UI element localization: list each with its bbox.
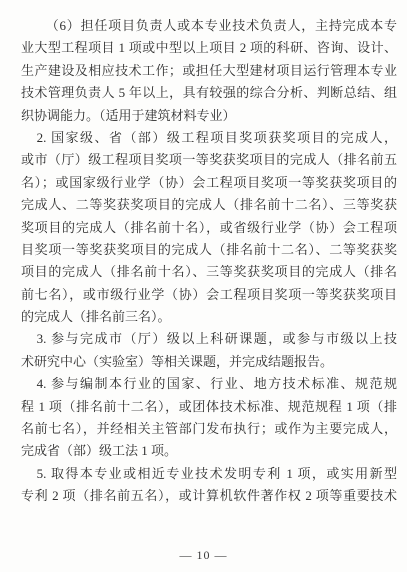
text-line: 目奖项一等奖获奖项目的完成人（排名前十二名）、二等奖获奖 <box>21 239 397 261</box>
paragraph-item-6: （6）担任项目负责人或本专业技术负责人，主持完成本专 业大型工程项目 1 项或中… <box>21 15 397 127</box>
text-line: 前七名），或市级行业学（协）会工程项目奖项一等奖获奖项目 <box>21 284 397 306</box>
text-line: 生产建设及相应技术工作；或担任大型建材项目运行管理本专业 <box>21 60 397 82</box>
text-line: 奖项目的完成人（排名前十名），或省级行业学（协）会工程项 <box>21 217 397 239</box>
text-line: 的完成人（排名前三名）。 <box>21 306 397 328</box>
paragraph-item-3: 3. 参与完成市（厅）级以上科研课题，或参与市级以上技 术研究中心（实验室）等相… <box>21 328 397 373</box>
text-line: 项目的完成人（排名前十名）、三等奖获奖项目的完成人（排名 <box>21 261 397 283</box>
text-line: 名前七名），并经相关主管部门发布执行；或作为主要完成人， <box>21 418 397 440</box>
text-line: 5. 取得本专业或相近专业技术发明专利 1 项，或实用新型 <box>21 463 397 485</box>
text-line: 织协调能力。（适用于建筑材料专业） <box>21 105 397 127</box>
text-line: 或市（厅）级工程项目奖项一等奖获奖项目的完成人（排名前五 <box>21 149 397 171</box>
text-line: 业大型工程项目 1 项或中型以上项目 2 项的科研、咨询、设计、 <box>21 37 397 59</box>
text-line: 完成人、二等奖获奖项目的完成人（排名前十二名）、三等奖获 <box>21 194 397 216</box>
text-line: 专利 2 项（排名前五名），或计算机软件著作权 2 项等重要技术 <box>21 485 397 507</box>
text-line: 名）；或国家级行业学（协）会工程项目奖项一等奖获奖项目的 <box>21 172 397 194</box>
paragraph-item-2: 2. 国家级、省（部）级工程项目奖项获奖项目的完成人， 或市（厅）级工程项目奖项… <box>21 127 397 329</box>
text-line: 2. 国家级、省（部）级工程项目奖项获奖项目的完成人， <box>21 127 397 149</box>
text-line: 技术管理负责人 5 年以上，具有较强的综合分析、判断总结、组 <box>21 82 397 104</box>
text-line: 完成省（部）级工法 1 项。 <box>21 440 397 462</box>
text-line: 3. 参与完成市（厅）级以上科研课题，或参与市级以上技 <box>21 328 397 350</box>
document-page: （6）担任项目负责人或本专业技术负责人，主持完成本专 业大型工程项目 1 项或中… <box>0 0 407 572</box>
paragraph-item-5: 5. 取得本专业或相近专业技术发明专利 1 项，或实用新型 专利 2 项（排名前… <box>21 463 397 508</box>
text-line: 术研究中心（实验室）等相关课题，并完成结题报告。 <box>21 351 397 373</box>
paragraph-item-4: 4. 参与编制本行业的国家、行业、地方技术标准、规范规 程 1 项（排名前十二名… <box>21 373 397 463</box>
text-line: 程 1 项（排名前十二名），或团体技术标准、规范规程 1 项（排 <box>21 396 397 418</box>
page-number: — 10 — <box>0 548 407 563</box>
text-line: （6）担任项目负责人或本专业技术负责人，主持完成本专 <box>21 15 397 37</box>
text-line: 4. 参与编制本行业的国家、行业、地方技术标准、规范规 <box>21 373 397 395</box>
document-text-block: （6）担任项目负责人或本专业技术负责人，主持完成本专 业大型工程项目 1 项或中… <box>21 15 397 508</box>
